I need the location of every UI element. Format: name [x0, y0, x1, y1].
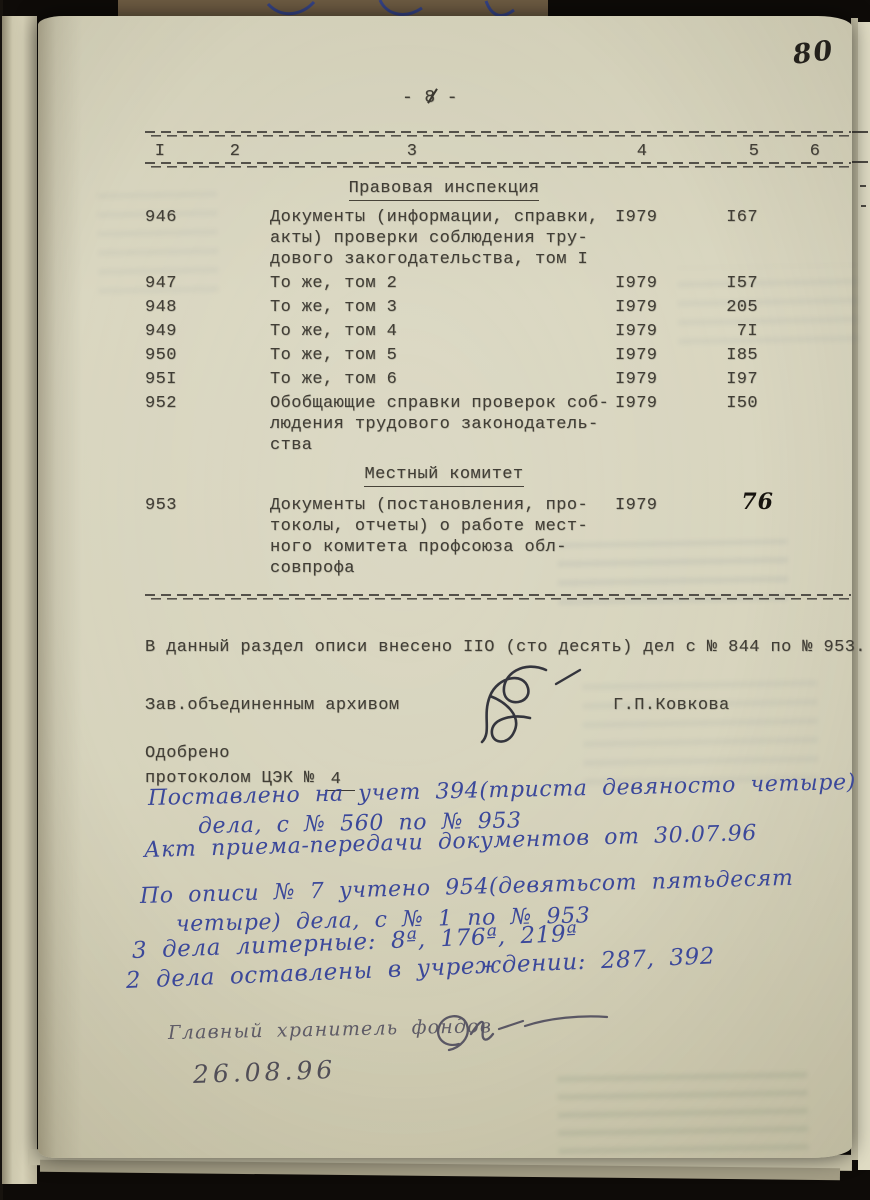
- case-year: I979: [615, 393, 657, 414]
- case-year: I979: [615, 345, 657, 366]
- column-header-1: I: [149, 141, 171, 162]
- archivist-role: Зав.объединенным архивом: [145, 695, 399, 716]
- table-row: 947То же, том 2I979I57: [38, 273, 852, 294]
- case-number: 952: [145, 393, 177, 414]
- case-sheet-count: I97: [680, 369, 758, 390]
- case-number: 950: [145, 345, 177, 366]
- case-sheet-count: I50: [680, 393, 758, 414]
- case-title: То же, том 3: [270, 297, 622, 318]
- case-year: I979: [615, 207, 657, 228]
- archival-scan: 80 - 8 - I 2 3 4 5 6 Правовая инспекция9…: [0, 0, 870, 1200]
- case-year: I979: [615, 495, 657, 516]
- case-title: То же, том 5: [270, 345, 622, 366]
- case-title: Документы (информации, справки,акты) про…: [270, 207, 622, 270]
- case-number: 947: [145, 273, 177, 294]
- column-header-4: 4: [631, 141, 653, 162]
- page-overlays: [38, 16, 338, 166]
- table-rule-overrun: [852, 131, 868, 133]
- case-sheet-count: I67: [680, 207, 758, 228]
- section-total-line: В данный раздел описи внесено IIO (сто д…: [145, 637, 866, 658]
- approval-line-1: Одобрено: [145, 743, 230, 764]
- case-number: 95I: [145, 369, 177, 390]
- case-sheet-count: I57: [680, 273, 758, 294]
- case-sheet-count: 76: [696, 492, 774, 513]
- column-header-6: 6: [804, 141, 826, 162]
- table-row: 950То же, том 5I979I85: [38, 345, 852, 366]
- case-title: Обобщающие справки проверок соб-людения …: [270, 393, 622, 456]
- column-header-3: 3: [401, 141, 423, 162]
- bleed-through-handwriting: [38, 16, 338, 166]
- case-title: Документы (постановления, про-токолы, от…: [270, 495, 622, 579]
- archivist-name: Г.П.Ковкова: [613, 695, 730, 716]
- case-number: 953: [145, 495, 177, 516]
- table-rule-overrun: [852, 161, 868, 163]
- inventory-table: Правовая инспекция946Документы (информац…: [38, 178, 852, 582]
- case-year: I979: [615, 321, 657, 342]
- ink-speck: [860, 185, 866, 187]
- right-page-stack-edge: [858, 22, 870, 1170]
- case-title: То же, том 6: [270, 369, 622, 390]
- note-inventory-1: По описи № 7 учтено 954(девятьсот пятьде…: [140, 866, 794, 909]
- table-row: 953Документы (постановления, про-токолы,…: [38, 495, 852, 579]
- keeper-signature: [423, 1002, 623, 1062]
- section-title-text: Местный комитет: [364, 464, 523, 487]
- column-header-5: 5: [743, 141, 765, 162]
- table-row: 946Документы (информации, справки,акты) …: [38, 207, 852, 270]
- table-row: 948То же, том 3I979205: [38, 297, 852, 318]
- case-number: 949: [145, 321, 177, 342]
- case-year: I979: [615, 273, 657, 294]
- table-row: 952Обобщающие справки проверок соб-люден…: [38, 393, 852, 456]
- case-year: I979: [615, 369, 657, 390]
- bleed-through-text: [557, 1072, 809, 1166]
- left-page-stack-edge: [2, 16, 37, 1184]
- case-sheet-count: 7I: [680, 321, 758, 342]
- table-rule-header-bottom: [145, 162, 851, 168]
- section-title-text: Правовая инспекция: [349, 178, 540, 201]
- table-row: 95IТо же, том 6I979I97: [38, 369, 852, 390]
- case-title: То же, том 4: [270, 321, 622, 342]
- section-title: Местный комитет: [270, 464, 618, 487]
- case-number: 948: [145, 297, 177, 318]
- case-year: I979: [615, 297, 657, 318]
- right-page-stack-edge: [851, 18, 858, 1160]
- table-rule-bottom: [145, 594, 851, 600]
- case-number: 946: [145, 207, 177, 228]
- folio-number: 80: [791, 35, 836, 71]
- column-header-2: 2: [224, 141, 246, 162]
- note-date: 26.08.96: [192, 1055, 336, 1089]
- case-sheet-count: I85: [680, 345, 758, 366]
- section-title: Правовая инспекция: [270, 178, 618, 201]
- document-page: 80 - 8 - I 2 3 4 5 6 Правовая инспекция9…: [38, 16, 852, 1158]
- archivist-signature: [456, 656, 606, 756]
- table-rule-top: [145, 131, 851, 137]
- table-row: 949То же, том 4I9797I: [38, 321, 852, 342]
- ink-speck: [861, 205, 866, 207]
- case-title: То же, том 2: [270, 273, 622, 294]
- case-sheet-count: 205: [680, 297, 758, 318]
